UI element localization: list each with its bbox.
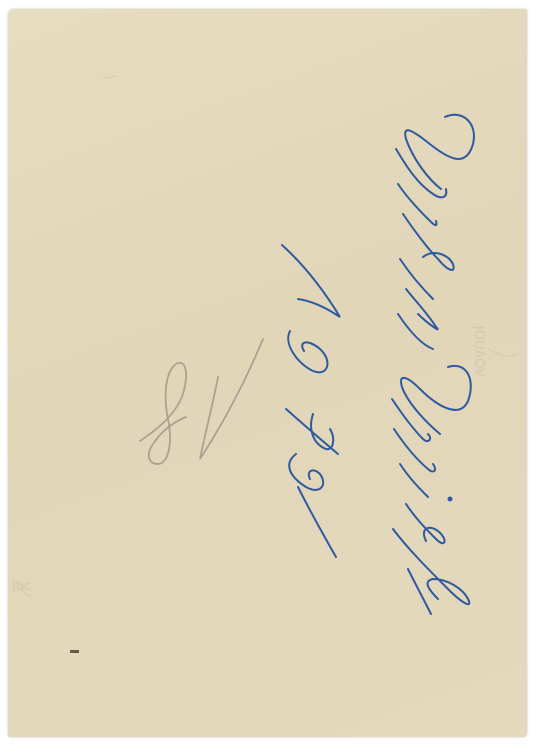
ink-word-2: [392, 366, 471, 614]
ink-year-1942: [282, 245, 340, 557]
left-edge-mark: Jbc: [12, 579, 31, 594]
handwriting-layer: [8, 9, 527, 737]
ink-word-1: [396, 115, 474, 349]
ink-speck: [70, 650, 79, 653]
photo-back-card: Unter Ungäyh 1942 8V JOUAOV Jbc: [8, 9, 527, 737]
bleed-through-stamp: JOUAOV: [471, 326, 486, 377]
pencil-note-8v: [140, 339, 263, 464]
